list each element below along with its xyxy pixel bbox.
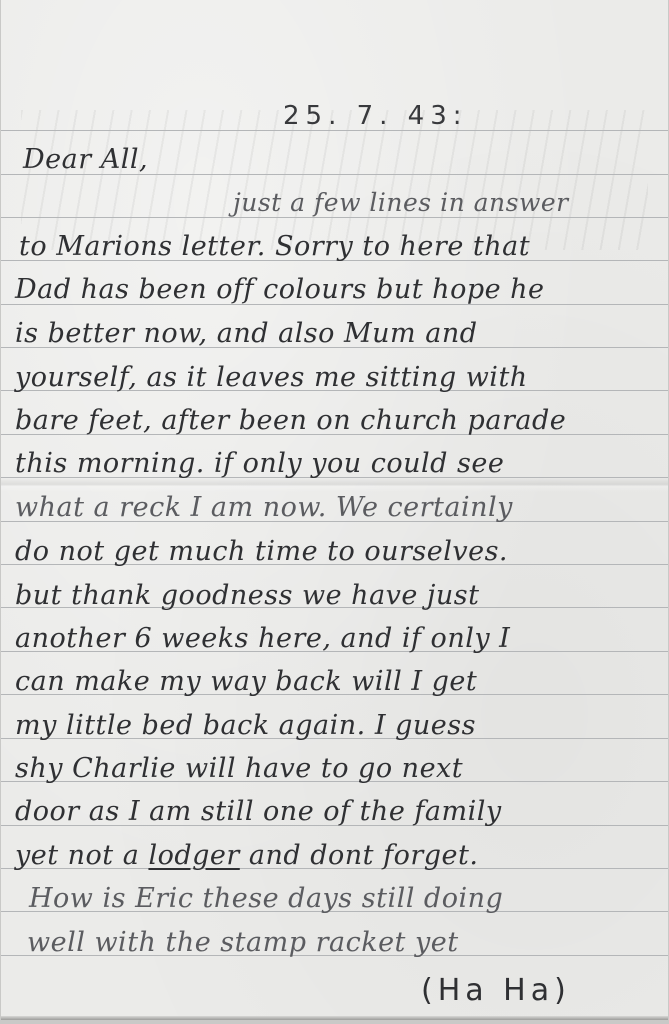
letter-line: bare feet, after been on church parade <box>15 407 566 434</box>
paper-fold-crease <box>1 478 668 492</box>
underlined-word: lodger <box>148 840 239 871</box>
salutation: Dear All, <box>23 146 148 173</box>
letter-line: How is Eric these days still doing <box>29 885 503 912</box>
letter-line: but thank goodness we have just <box>15 582 479 609</box>
paper-bottom-edge <box>1 1016 668 1020</box>
letter-line: can make my way back will I get <box>15 668 477 695</box>
letter-line: to Marions letter. Sorry to here that <box>19 233 530 260</box>
letter-line: shy Charlie will have to go next <box>15 755 463 782</box>
letter-line: just a few lines in answer <box>233 190 569 215</box>
letter-line: well with the stamp racket yet <box>27 929 459 956</box>
letter-line: is better now, and also Mum and <box>15 320 478 347</box>
letter-line: my little bed back again. I guess <box>15 712 476 739</box>
letter-closing-aside: (Ha Ha) <box>421 976 571 1006</box>
letter-line: door as I am still one of the family <box>15 798 502 825</box>
show-through-ink <box>21 110 648 250</box>
letter-date: 25. 7. 43: <box>283 103 468 129</box>
ruled-line <box>1 217 668 218</box>
line-text: yet not a <box>15 840 139 871</box>
letter-page: 25. 7. 43: Dear All, just a few lines in… <box>1 0 668 1020</box>
letter-line: yourself, as it leaves me sitting with <box>15 364 528 391</box>
letter-line: Dad has been off colours but hope he <box>15 276 545 303</box>
line-text: and dont forget. <box>249 840 479 871</box>
letter-line: what a reck I am now. We certainly <box>15 494 513 521</box>
letter-line: this morning. if only you could see <box>15 450 504 477</box>
letter-line: do not get much time to ourselves. <box>15 538 508 565</box>
letter-line: another 6 weeks here, and if only I <box>15 625 510 652</box>
letter-line: yet not a lodger and dont forget. <box>15 842 478 869</box>
